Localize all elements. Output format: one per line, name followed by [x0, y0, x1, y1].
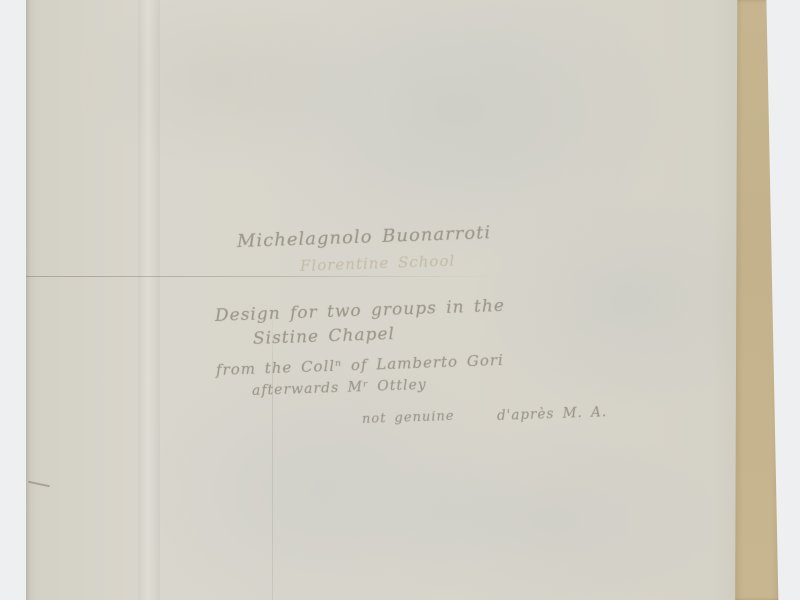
vertical-fold-band: [138, 0, 160, 600]
photograph-backdrop: Michelagnolo Buonarroti Florentine Schoo…: [0, 0, 800, 600]
sheet-browned-edge: [730, 0, 782, 600]
horizontal-crease: [26, 276, 496, 277]
inscription-attribution-note: not genuine: [362, 409, 455, 427]
